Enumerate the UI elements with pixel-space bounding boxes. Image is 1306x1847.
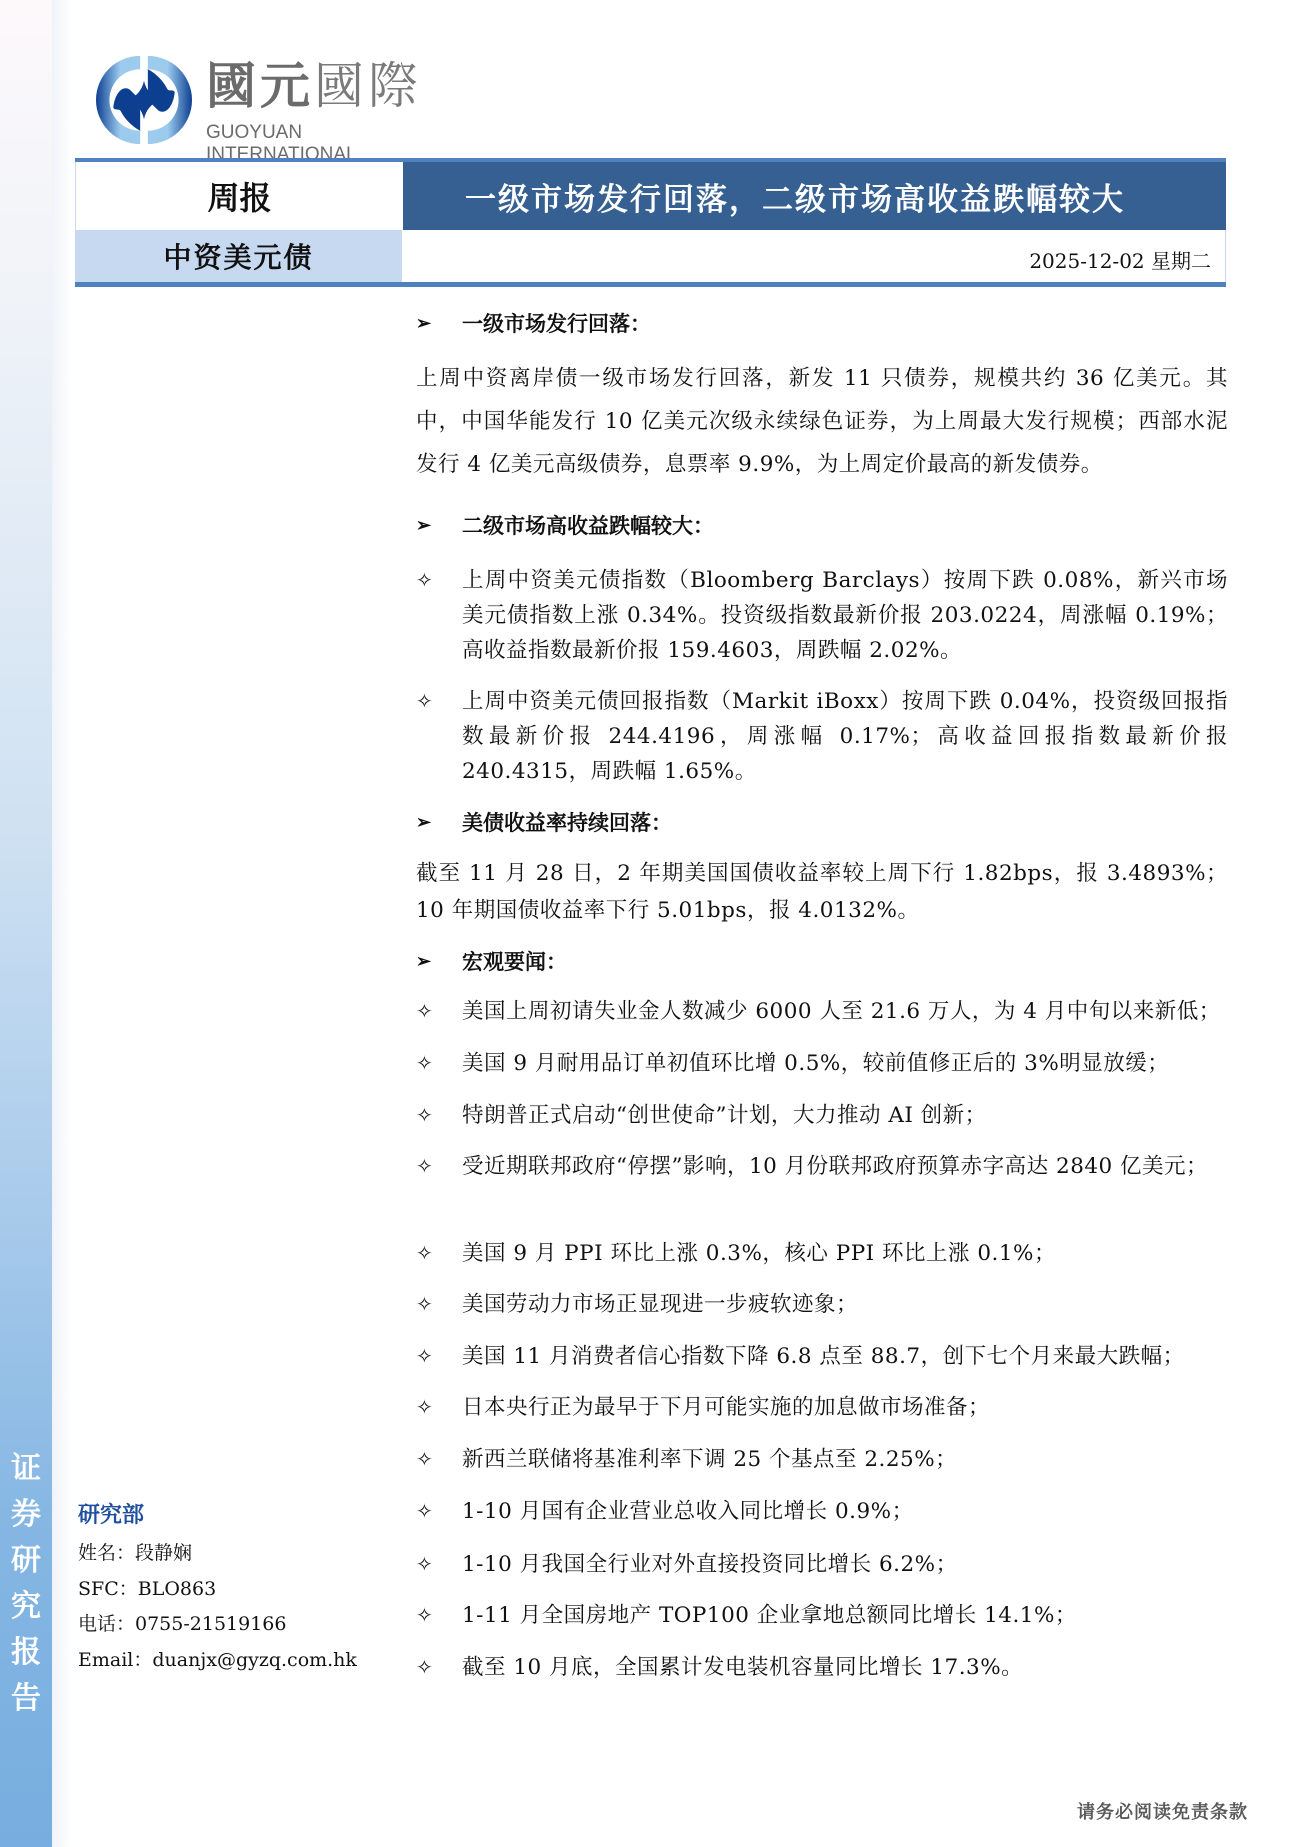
analyst-contact: 研究部 姓名：段静娴 SFC：BLO863 电话：0755-21519166 E…	[78, 1500, 357, 1678]
vertical-char: 券	[11, 1492, 41, 1538]
vertical-char: 报	[11, 1630, 41, 1676]
report-type: 周报	[75, 162, 403, 230]
list-item: ✧ 截至 10 月底，全国累计发电装机容量同比增长 17.3%。	[416, 1650, 1228, 1685]
analyst-email[interactable]: Email：duanjx@gyzq.com.hk	[78, 1643, 357, 1679]
list-item: ✧ 上周中资美元债指数（Bloomberg Barclays）按周下跌 0.08…	[416, 563, 1228, 668]
disclaimer-notice: 请务必阅读免责条款	[1077, 1798, 1248, 1824]
diamond-bullet-icon: ✧	[416, 1236, 462, 1271]
diamond-bullet-icon: ✧	[416, 1046, 462, 1081]
diamond-bullet-icon: ✧	[416, 1339, 462, 1374]
diamond-bullet-icon: ✧	[416, 1650, 462, 1685]
diamond-bullet-icon: ✧	[416, 1287, 462, 1322]
vertical-label: 证 券 研 究 报 告	[0, 1446, 52, 1722]
paragraph: 上周中资离岸债一级市场发行回落，新发 11 只债券，规模共约 36 亿美元。其中…	[416, 357, 1228, 486]
paragraph: 截至 11 月 28 日，2 年期美国国债收益率较上周下行 1.82bps，报 …	[416, 855, 1228, 929]
arrow-bullet-icon: ➢	[416, 812, 462, 833]
arrow-bullet-icon: ➢	[416, 313, 462, 334]
section-heading: ➢ 宏观要闻：	[416, 946, 567, 976]
list-item: ✧ 1-11 月全国房地产 TOP100 企业拿地总额同比增长 14.1%；	[416, 1598, 1228, 1633]
list-item: ✧ 新西兰联储将基准利率下调 25 个基点至 2.25%；	[416, 1442, 1228, 1477]
guoyuan-logo-icon	[96, 52, 192, 148]
company-logo: 國元國際 GUOYUAN INTERNATIONAL	[96, 52, 456, 152]
list-item: ✧ 上周中资美元债回报指数（Markit iBoxx）按周下跌 0.04%，投资…	[416, 684, 1228, 789]
report-date: 2025-12-02 星期二	[402, 230, 1226, 282]
list-item: ✧ 美国上周初请失业金人数减少 6000 人至 21.6 万人，为 4 月中旬以…	[416, 994, 1228, 1029]
list-item: ✧ 受近期联邦政府“停摆”影响，10 月份联邦政府预算赤字高达 2840 亿美元…	[416, 1149, 1228, 1184]
list-item: ✧ 1-10 月国有企业营业总收入同比增长 0.9%；	[416, 1494, 1228, 1529]
vertical-char: 证	[11, 1446, 41, 1492]
diamond-bullet-icon: ✧	[416, 1494, 462, 1529]
list-item: ✧ 美国 9 月 PPI 环比上涨 0.3%，核心 PPI 环比上涨 0.1%；	[416, 1236, 1228, 1271]
vertical-char: 研	[11, 1538, 41, 1584]
analyst-sfc: SFC：BLO863	[78, 1572, 357, 1608]
vertical-char: 究	[11, 1584, 41, 1630]
analyst-phone: 电话：0755-21519166	[78, 1607, 357, 1643]
report-category: 中资美元债	[75, 230, 402, 282]
diamond-bullet-icon: ✧	[416, 1547, 462, 1582]
diamond-bullet-icon: ✧	[416, 1098, 462, 1133]
diamond-bullet-icon: ✧	[416, 1598, 462, 1633]
section-heading: ➢ 美债收益率持续回落：	[416, 807, 672, 837]
list-item: ✧ 美国 9 月耐用品订单初值环比增 0.5%，较前值修正后的 3%明显放缓；	[416, 1046, 1228, 1081]
vertical-char: 告	[11, 1676, 41, 1722]
diamond-bullet-icon: ✧	[416, 1442, 462, 1477]
list-item: ✧ 美国 11 月消费者信心指数下降 6.8 点至 88.7，创下七个月来最大跌…	[416, 1339, 1228, 1374]
diamond-bullet-icon: ✧	[416, 1149, 462, 1184]
section-heading: ➢ 一级市场发行回落：	[416, 308, 651, 338]
report-header: 周报 一级市场发行回落，二级市场高收益跌幅较大 中资美元债 2025-12-02…	[75, 158, 1226, 287]
logo-chinese-name: 國元國際	[206, 58, 422, 114]
diamond-bullet-icon: ✧	[416, 1390, 462, 1425]
analyst-name: 姓名：段静娴	[78, 1536, 357, 1572]
department-label: 研究部	[78, 1500, 357, 1530]
header-bottom-rule	[75, 282, 1226, 287]
diamond-bullet-icon: ✧	[416, 994, 462, 1029]
report-title: 一级市场发行回落，二级市场高收益跌幅较大	[403, 162, 1226, 230]
diamond-bullet-icon: ✧	[416, 563, 462, 668]
list-item: ✧ 特朗普正式启动“创世使命”计划，大力推动 AI 创新；	[416, 1098, 1228, 1133]
list-item: ✧ 1-10 月我国全行业对外直接投资同比增长 6.2%；	[416, 1547, 1228, 1582]
arrow-bullet-icon: ➢	[416, 951, 462, 972]
list-item: ✧ 美国劳动力市场正显现进一步疲软迹象；	[416, 1287, 1228, 1322]
section-heading: ➢ 二级市场高收益跌幅较大：	[416, 510, 714, 540]
sidebar-shadow	[52, 0, 72, 1847]
arrow-bullet-icon: ➢	[416, 515, 462, 536]
diamond-bullet-icon: ✧	[416, 684, 462, 789]
list-item: ✧ 日本央行正为最早于下月可能实施的加息做市场准备；	[416, 1390, 1228, 1425]
